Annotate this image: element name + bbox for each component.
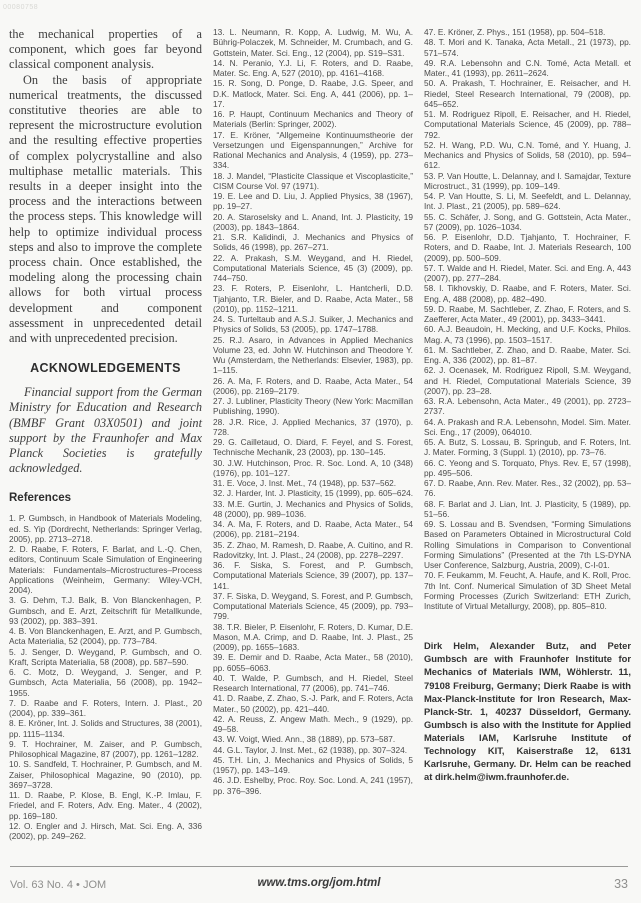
reference-item: 59. D. Raabe, M. Sachtleber, Z. Zhao, F.… (424, 304, 631, 325)
reference-item: 23. F. Roters, P. Eisenlohr, L. Hantcher… (213, 283, 413, 314)
column-left: the mechanical properties of a component… (9, 27, 202, 841)
reference-item: 43. W. Voigt, Wied. Ann., 38 (1889), pp.… (213, 734, 413, 744)
reference-item: 40. T. Walde, P. Gumbsch, and H. Riedel,… (213, 673, 413, 694)
reference-item: 37. F. Siska, D. Weygand, S. Forest, and… (213, 591, 413, 622)
reference-item: 38. T.R. Bieler, P. Eisenlohr, F. Roters… (213, 622, 413, 653)
reference-item: 48. T. Mori and K. Tanaka, Acta Metall.,… (424, 37, 631, 58)
reference-item: 14. N. Peranio, Y.J. Li, F. Roters, and … (213, 58, 413, 79)
footer-journal-url: www.tms.org/jom.html (10, 877, 628, 889)
body-paragraph: On the basis of appropriate numerical tr… (9, 73, 202, 347)
reference-item: 5. J. Senger, D. Weygand, P. Gumbsch, an… (9, 647, 202, 668)
reference-item: 66. C. Yeong and S. Torquato, Phys. Rev.… (424, 458, 631, 479)
reference-item: 52. H. Wang, P.D. Wu, C.N. Tomé, and Y. … (424, 140, 631, 171)
reference-item: 45. T.H. Lin, J. Mechanics and Physics o… (213, 755, 413, 776)
reference-item: 15. R. Song, D. Ponge, D. Raabe, J.G. Sp… (213, 78, 413, 109)
reference-item: 57. T. Walde and H. Riedel, Mater. Sci. … (424, 263, 631, 284)
reference-item: 10. S. Sandfeld, T. Hochrainer, P. Gumbs… (9, 759, 202, 790)
reference-item: 3. G. Dehm, T.J. Balk, B. Von Blanckenha… (9, 595, 202, 626)
reference-item: 33. M.E. Gurtin, J. Mechanics and Physic… (213, 499, 413, 520)
reference-item: 32. J. Harder, Int. J. Plasticity, 15 (1… (213, 488, 413, 498)
reference-item: 50. A. Prakash, T. Hochrainer, E. Reisac… (424, 78, 631, 109)
reference-item: 9. T. Hochrainer, M. Zaiser, and P. Gumb… (9, 739, 202, 760)
reference-item: 64. A. Prakash and R.A. Lebensohn, Model… (424, 417, 631, 438)
reference-item: 41. D. Raabe, Z. Zhao, S.-J. Park, and F… (213, 693, 413, 714)
reference-item: 17. E. Kröner, “Allgemeine Kontinuumsthe… (213, 130, 413, 171)
reference-item: 69. S. Lossau and B. Svendsen, “Forming … (424, 519, 631, 570)
reference-item: 68. F. Barlat and J. Lian, Int. J. Plast… (424, 499, 631, 520)
reference-item: 2. D. Raabe, F. Roters, F. Barlat, and L… (9, 544, 202, 595)
reference-item: 61. M. Sachtleber, Z. Zhao, and D. Raabe… (424, 345, 631, 366)
reference-item: 18. J. Mandel, “Plasticite Classique et … (213, 171, 413, 192)
reference-item: 53. P. Van Houtte, L. Delannay, and I. S… (424, 171, 631, 192)
reference-item: 49. R.A. Lebensohn and C.N. Tomé, Acta M… (424, 58, 631, 79)
reference-item: 29. G. Cailletaud, O. Diard, F. Feyel, a… (213, 437, 413, 458)
page-columns: the mechanical properties of a component… (0, 0, 641, 841)
acknowledgements-heading: ACKNOWLEDGEMENTS (9, 361, 202, 375)
reference-item: 26. A. Ma, F. Roters, and D. Raabe, Acta… (213, 376, 413, 397)
page-footer: Vol. 63 No. 4 • JOM www.tms.org/jom.html… (10, 866, 628, 891)
journal-page: 00080758 the mechanical properties of a … (0, 0, 641, 903)
reference-item: 13. L. Neumann, R. Kopp, A. Ludwig, M. W… (213, 27, 413, 58)
reference-item: 46. J.D. Eshelby, Proc. Roy. Soc. Lond. … (213, 775, 413, 796)
body-paragraph: the mechanical properties of a component… (9, 27, 202, 73)
reference-item: 24. S. Turteltaub and A.S.J. Suiker, J. … (213, 314, 413, 335)
reference-item: 51. M. Rodriguez Ripoll, E. Reisacher, a… (424, 109, 631, 140)
reference-item: 31. E. Voce, J. Inst. Met., 74 (1948), p… (213, 478, 413, 488)
reference-item: 54. P. Van Houtte, S. Li, M. Seefeldt, a… (424, 191, 631, 212)
reference-item: 20. A. Staroselsky and L. Anand, Int. J.… (213, 212, 413, 233)
reference-item: 25. R.J. Asaro, in Advances in Applied M… (213, 335, 413, 376)
reference-item: 39. E. Demir and D. Raabe, Acta Mater., … (213, 652, 413, 673)
reference-item: 35. Z. Zhao, M. Ramesh, D. Raabe, A. Cui… (213, 540, 413, 561)
reference-item: 44. G.L. Taylor, J. Inst. Met., 62 (1938… (213, 745, 413, 755)
reference-item: 16. P. Haupt, Continuum Mechanics and Th… (213, 109, 413, 130)
reference-item: 27. J. Lubliner, Plasticity Theory (New … (213, 396, 413, 417)
reference-item: 7. D. Raabe and F. Roters, Intern. J. Pl… (9, 698, 202, 719)
reference-item: 70. F. Feukamm, M. Feucht, A. Haufe, and… (424, 570, 631, 611)
reference-item: 19. E. Lee and D. Liu, J. Applied Physic… (213, 191, 413, 212)
reference-item: 67. D. Raabe, Ann. Rev. Mater. Res., 32 … (424, 478, 631, 499)
scan-id-watermark: 00080758 (3, 4, 38, 11)
acknowledgements-text: Financial support from the German Minist… (9, 385, 202, 476)
column-right: 47. E. Kröner, Z. Phys., 151 (1958), pp.… (424, 27, 631, 841)
reference-item: 55. C. Schäfer, J. Song, and G. Gottstei… (424, 212, 631, 233)
column-middle: 13. L. Neumann, R. Kopp, A. Ludwig, M. W… (213, 27, 413, 841)
reference-item: 56. P. Eisenlohr, D.D. Tjahjanto, T. Hoc… (424, 232, 631, 263)
reference-item: 62. J. Ocenasek, M. Rodriguez Ripoll, S.… (424, 365, 631, 396)
author-affiliations: Dirk Helm, Alexander Butz, and Peter Gum… (424, 639, 631, 783)
reference-item: 22. A. Prakash, S.M. Weygand, and H. Rie… (213, 253, 413, 284)
reference-item: 42. A. Reuss, Z. Angew Math. Mech., 9 (1… (213, 714, 413, 735)
reference-list-column3: 47. E. Kröner, Z. Phys., 151 (1958), pp.… (424, 27, 631, 611)
reference-item: 6. C. Motz, D. Weygand, J. Senger, and P… (9, 667, 202, 698)
reference-item: 4. B. Von Blanckenhagen, E. Arzt, and P.… (9, 626, 202, 647)
reference-item: 21. S.R. Kalidindi, J. Mechanics and Phy… (213, 232, 413, 253)
reference-item: 58. I. Tikhovskiy, D. Raabe, and F. Rote… (424, 283, 631, 304)
reference-item: 30. J.W. Hutchinson, Proc. R. Soc. Lond.… (213, 458, 413, 479)
reference-item: 34. A. Ma, F. Roters, and D. Raabe, Acta… (213, 519, 413, 540)
reference-item: 65. A. Butz, S. Lossau, B. Springub, and… (424, 437, 631, 458)
references-heading: References (9, 492, 202, 504)
reference-item: 8. E. Kröner, Int. J. Solids and Structu… (9, 718, 202, 739)
reference-list-column2: 13. L. Neumann, R. Kopp, A. Ludwig, M. W… (213, 27, 413, 796)
reference-item: 60. A.J. Beaudoin, H. Mecking, and U.F. … (424, 324, 631, 345)
reference-item: 47. E. Kröner, Z. Phys., 151 (1958), pp.… (424, 27, 631, 37)
reference-item: 11. D. Raabe, P. Klose, B. Engl, K.-P. I… (9, 790, 202, 821)
reference-item: 1. P. Gumbsch, in Handbook of Materials … (9, 513, 202, 544)
reference-item: 63. R.A. Lebensohn, Acta Mater., 49 (200… (424, 396, 631, 417)
reference-item: 12. O. Engler and J. Hirsch, Mat. Sci. E… (9, 821, 202, 842)
reference-item: 28. J.R. Rice, J. Applied Mechanics, 37 … (213, 417, 413, 438)
reference-list-column1: 1. P. Gumbsch, in Handbook of Materials … (9, 513, 202, 841)
reference-item: 36. F. Siska, S. Forest, and P. Gumbsch,… (213, 560, 413, 591)
